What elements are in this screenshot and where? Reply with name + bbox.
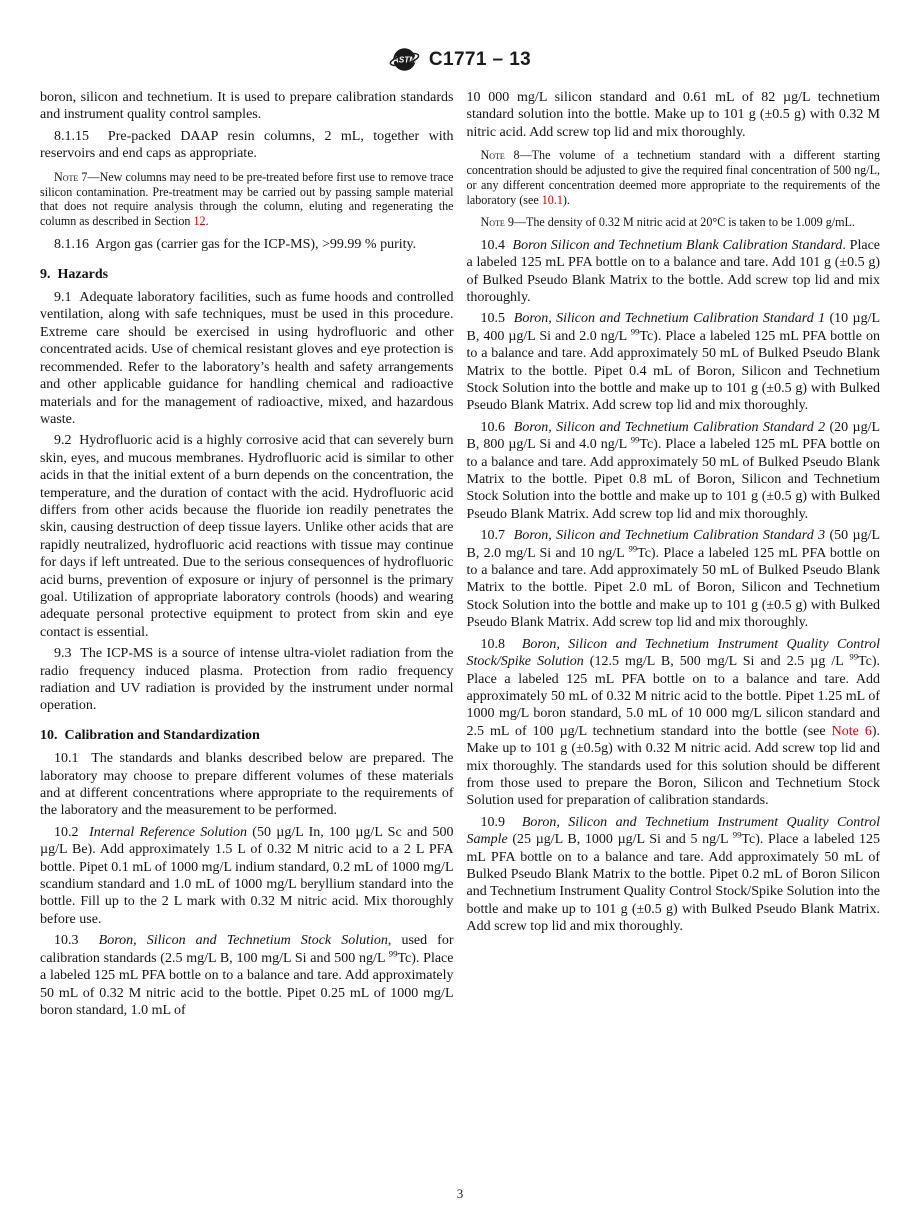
text-segment: Internal Reference Solution <box>89 825 247 840</box>
text-segment: Boron Silicon and Technetium Blank Calib… <box>513 238 843 253</box>
para-8-1-15: 8.1.15 Pre-packed DAAP resin columns, 2 … <box>40 128 454 163</box>
superscript: 99 <box>631 435 640 445</box>
text-segment: Boron, Silicon and Technetium Instrument… <box>467 637 881 669</box>
document-page: ASTM C1771 – 13 boron, silicon and techn… <box>0 0 920 1232</box>
note-8: Note 8—The volume of a technetium standa… <box>467 148 881 208</box>
text-segment: Boron, Silicon and Technetium Calibratio… <box>514 311 825 326</box>
link-note-6[interactable]: Note 6 <box>832 724 872 739</box>
para-8-1-14-continued: boron, silicon and technetium. It is use… <box>40 89 454 124</box>
section-10-heading: 10. Calibration and Standardization <box>40 727 454 744</box>
text-segment: Boron, Silicon and Technetium Instrument… <box>467 815 881 847</box>
para-9-2: 9.2 Hydrofluoric acid is a highly corros… <box>40 432 454 641</box>
section-9-heading: 9. Hazards <box>40 266 454 283</box>
para-10-4: 10.4 Boron Silicon and Technetium Blank … <box>467 237 881 307</box>
para-10-3: 10.3 Boron, Silicon and Technetium Stock… <box>40 932 454 1019</box>
para-9-1: 9.1 Adequate laboratory facilities, such… <box>40 289 454 428</box>
text-segment: Note <box>481 215 505 229</box>
superscript: 99 <box>733 830 742 840</box>
svg-text:ASTM: ASTM <box>392 56 416 65</box>
astm-logo-icon: ASTM <box>389 44 420 75</box>
superscript: 99 <box>631 326 640 336</box>
left-column: boron, silicon and technetium. It is use… <box>40 89 454 1019</box>
text-segment: Note <box>54 170 78 184</box>
para-10-7: 10.7 Boron, Silicon and Technetium Calib… <box>467 527 881 631</box>
right-column: 10 000 mg/L silicon standard and 0.61 mL… <box>467 89 881 1019</box>
para-10-8: 10.8 Boron, Silicon and Technetium Instr… <box>467 636 881 810</box>
note-7: Note 7—New columns may need to be pre-tr… <box>40 170 454 230</box>
page-number: 3 <box>0 1186 920 1202</box>
superscript: 99 <box>389 948 398 958</box>
para-8-1-16: 8.1.16 Argon gas (carrier gas for the IC… <box>40 236 454 253</box>
para-10-6: 10.6 Boron, Silicon and Technetium Calib… <box>467 419 881 523</box>
superscript: 99 <box>628 543 637 553</box>
para-10-3-continued: 10 000 mg/L silicon standard and 0.61 mL… <box>467 89 881 141</box>
para-10-9: 10.9 Boron, Silicon and Technetium Instr… <box>467 814 881 936</box>
para-10-1: 10.1 The standards and blanks described … <box>40 750 454 820</box>
link-section-12[interactable]: 12 <box>194 214 206 228</box>
page-header: ASTM C1771 – 13 <box>0 0 920 75</box>
link-10-1[interactable]: 10.1 <box>542 193 563 207</box>
document-designation: C1771 – 13 <box>429 49 531 71</box>
para-10-5: 10.5 Boron, Silicon and Technetium Calib… <box>467 310 881 414</box>
note-9: Note 9—The density of 0.32 M nitric acid… <box>467 215 881 230</box>
text-segment: Boron, Silicon and Technetium Calibratio… <box>514 528 825 543</box>
text-segment: Note <box>481 148 505 162</box>
text-segment: Boron, Silicon and Technetium Stock Solu… <box>99 933 388 948</box>
superscript: 99 <box>849 651 858 661</box>
text-segment: Boron, Silicon and Technetium Calibratio… <box>514 420 825 435</box>
two-column-body: boron, silicon and technetium. It is use… <box>40 89 880 1019</box>
para-10-2: 10.2 Internal Reference Solution (50 µg/… <box>40 824 454 928</box>
para-9-3: 9.3 The ICP-MS is a source of intense ul… <box>40 645 454 715</box>
